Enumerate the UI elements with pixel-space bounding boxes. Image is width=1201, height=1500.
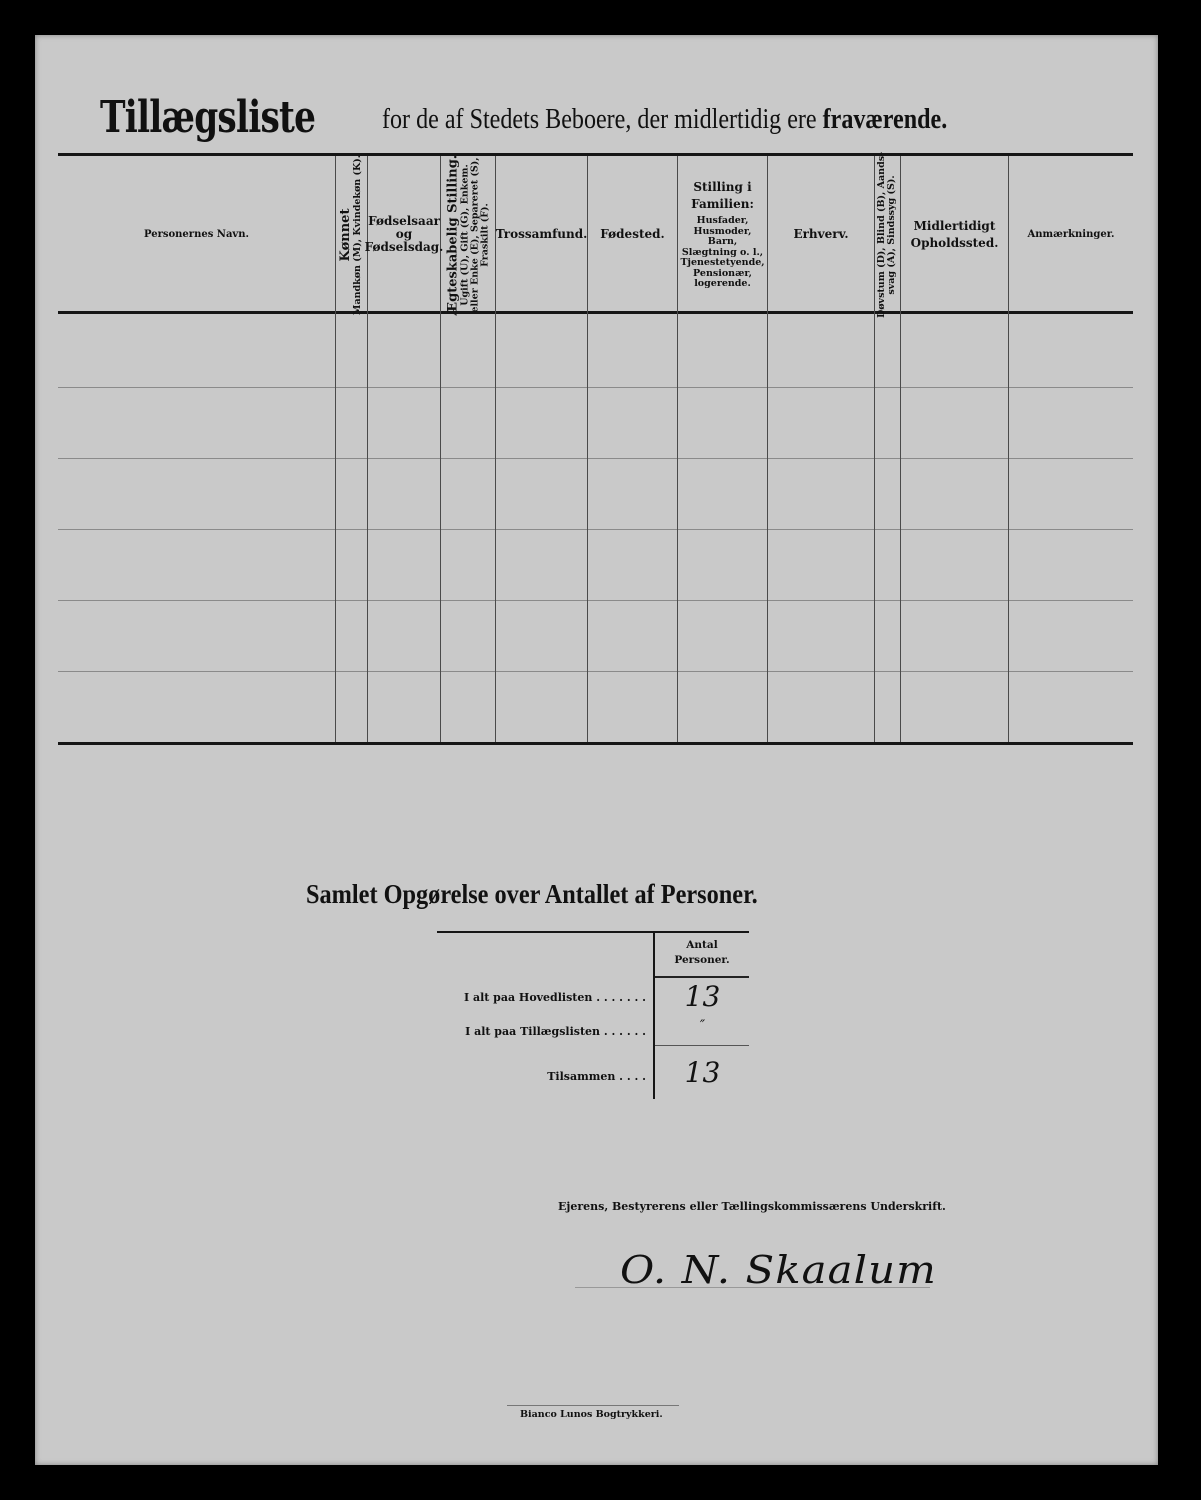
row-divider (58, 458, 1133, 459)
summary-supplement-list-value: ″ (660, 1018, 745, 1034)
header-birth: Fødselsaar og Fødselsdag. (368, 156, 440, 313)
row-divider (58, 671, 1133, 672)
summary-subtotal-rule (655, 1045, 749, 1046)
header-marital-text: Ægteskabelig Stilling. Ugift (U), Gift (… (446, 154, 490, 315)
printer-rule (507, 1405, 679, 1406)
form-title-main: Tillægsliste (100, 92, 315, 143)
summary-title: Samlet Opgørelse over Antallet af Person… (306, 879, 758, 910)
header-remarks: Anmærkninger. (1009, 156, 1133, 313)
header-temp-residence: Midlertidigt Opholdssted. (901, 156, 1008, 313)
summary-total-label: Tilsammen . . . . (547, 1070, 646, 1083)
summary-supplement-list-label: I alt paa Tillægslisten . . . . . . (465, 1025, 646, 1038)
summary-header-line1: Antal (655, 938, 749, 953)
summary-header-line2: Personer. (655, 953, 749, 968)
signature: O. N. Skaalum (620, 1248, 937, 1292)
header-marital-main: Ægteskabelig Stilling. (446, 154, 460, 315)
row-divider (58, 529, 1133, 530)
summary-total-value: 13 (660, 1056, 745, 1089)
header-sex-sub: Mandkøn (M), Kvindekøn (K). (354, 154, 364, 314)
header-marital: Ægteskabelig Stilling. Ugift (U), Gift (… (441, 156, 495, 313)
form-title-subtitle: for de af Stedets Beboere, der midlertid… (382, 104, 947, 136)
header-marital-sub3: Fraskilt (F). (480, 154, 490, 315)
absent-residents-table: Personernes Navn. Kønnet Mandkøn (M), Kv… (58, 153, 1133, 746)
signature-line (575, 1287, 930, 1288)
row-divider (58, 600, 1133, 601)
subtitle-plain: for de af Stedets Beboere, der midlertid… (382, 104, 823, 135)
summary-header-rule (655, 976, 749, 978)
row-divider (58, 387, 1133, 388)
header-birthplace: Fødested. (588, 156, 677, 313)
form-title: Tillægsliste for de af Stedets Beboere, … (100, 92, 376, 143)
header-family-sub: Husfader, Husmoder, Barn, Slægtning o. l… (677, 216, 767, 290)
table-bottom-rule (58, 742, 1133, 745)
header-disability-text: Døvstum (D), Blind (B), Aands- svag (A),… (878, 151, 898, 317)
header-religion: Trossamfund. (496, 156, 587, 313)
header-family-main: Stilling i Familien: (678, 179, 767, 213)
summary-count-header: Antal Personer. (655, 938, 749, 968)
summary-main-list-label: I alt paa Hovedlisten . . . . . . . (464, 991, 646, 1004)
header-sex-text: Kønnet Mandkøn (M), Kvindekøn (K). (340, 154, 364, 314)
header-occupation: Erhverv. (768, 156, 874, 313)
header-name: Personernes Navn. (58, 156, 335, 313)
header-family: Stilling i Familien: Husfader, Husmoder,… (678, 156, 767, 313)
header-sex: Kønnet Mandkøn (M), Kvindekøn (K). (336, 156, 367, 313)
signature-label: Ejerens, Bestyrerens eller Tællingskommi… (558, 1200, 946, 1213)
summary-main-list-value: 13 (660, 980, 745, 1013)
summary-top-rule (437, 931, 749, 933)
printer-imprint: Bianco Lunos Bogtrykkeri. (520, 1409, 663, 1420)
subtitle-bold: fraværende. (823, 104, 948, 135)
header-disability-sub2: svag (A), Sindssyg (S). (888, 151, 898, 317)
header-disability: Døvstum (D), Blind (B), Aands- svag (A),… (875, 156, 900, 313)
